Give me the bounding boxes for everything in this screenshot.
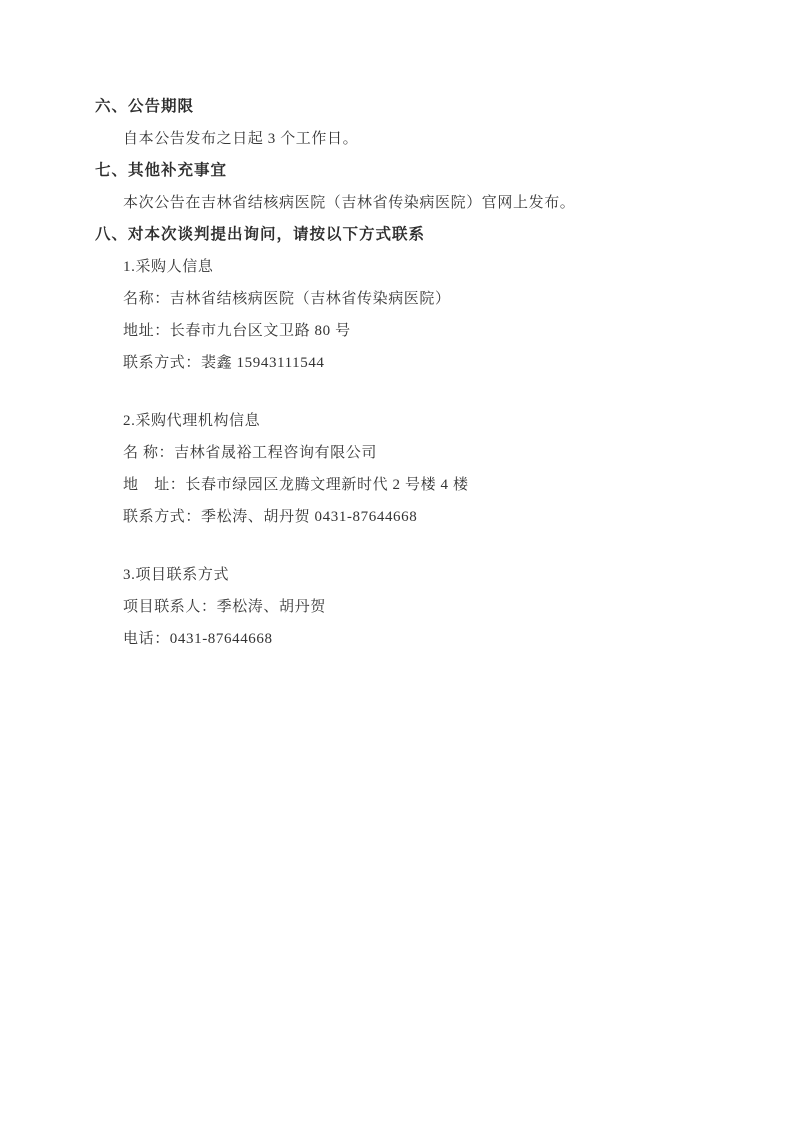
project-contact-person: 项目联系人：季松涛、胡丹贺: [95, 591, 715, 623]
section-7-body: 本次公告在吉林省结核病医院（吉林省传染病医院）官网上发布。: [95, 187, 715, 219]
agency-info-title: 2.采购代理机构信息: [95, 405, 715, 437]
agency-name: 名 称：吉林省晟裕工程咨询有限公司: [95, 437, 715, 469]
section-6-body: 自本公告发布之日起 3 个工作日。: [95, 123, 715, 155]
project-phone: 电话：0431-87644668: [95, 623, 715, 655]
blank-line: [95, 533, 715, 559]
document-content: 六、公告期限 自本公告发布之日起 3 个工作日。 七、其他补充事宜 本次公告在吉…: [95, 91, 715, 655]
purchaser-info-title: 1.采购人信息: [95, 251, 715, 283]
section-8-heading: 八、对本次谈判提出询问，请按以下方式联系: [95, 219, 715, 251]
section-6-heading: 六、公告期限: [95, 91, 715, 123]
document-page: 六、公告期限 自本公告发布之日起 3 个工作日。 七、其他补充事宜 本次公告在吉…: [0, 0, 794, 1123]
blank-line: [95, 379, 715, 405]
section-7-heading: 七、其他补充事宜: [95, 155, 715, 187]
purchaser-name: 名称：吉林省结核病医院（吉林省传染病医院）: [95, 283, 715, 315]
project-contact-title: 3.项目联系方式: [95, 559, 715, 591]
purchaser-address: 地址：长春市九台区文卫路 80 号: [95, 315, 715, 347]
purchaser-contact: 联系方式：裴鑫 15943111544: [95, 347, 715, 379]
agency-address: 地 址：长春市绿园区龙腾文理新时代 2 号楼 4 楼: [95, 469, 715, 501]
agency-contact: 联系方式：季松涛、胡丹贺 0431-87644668: [95, 501, 715, 533]
